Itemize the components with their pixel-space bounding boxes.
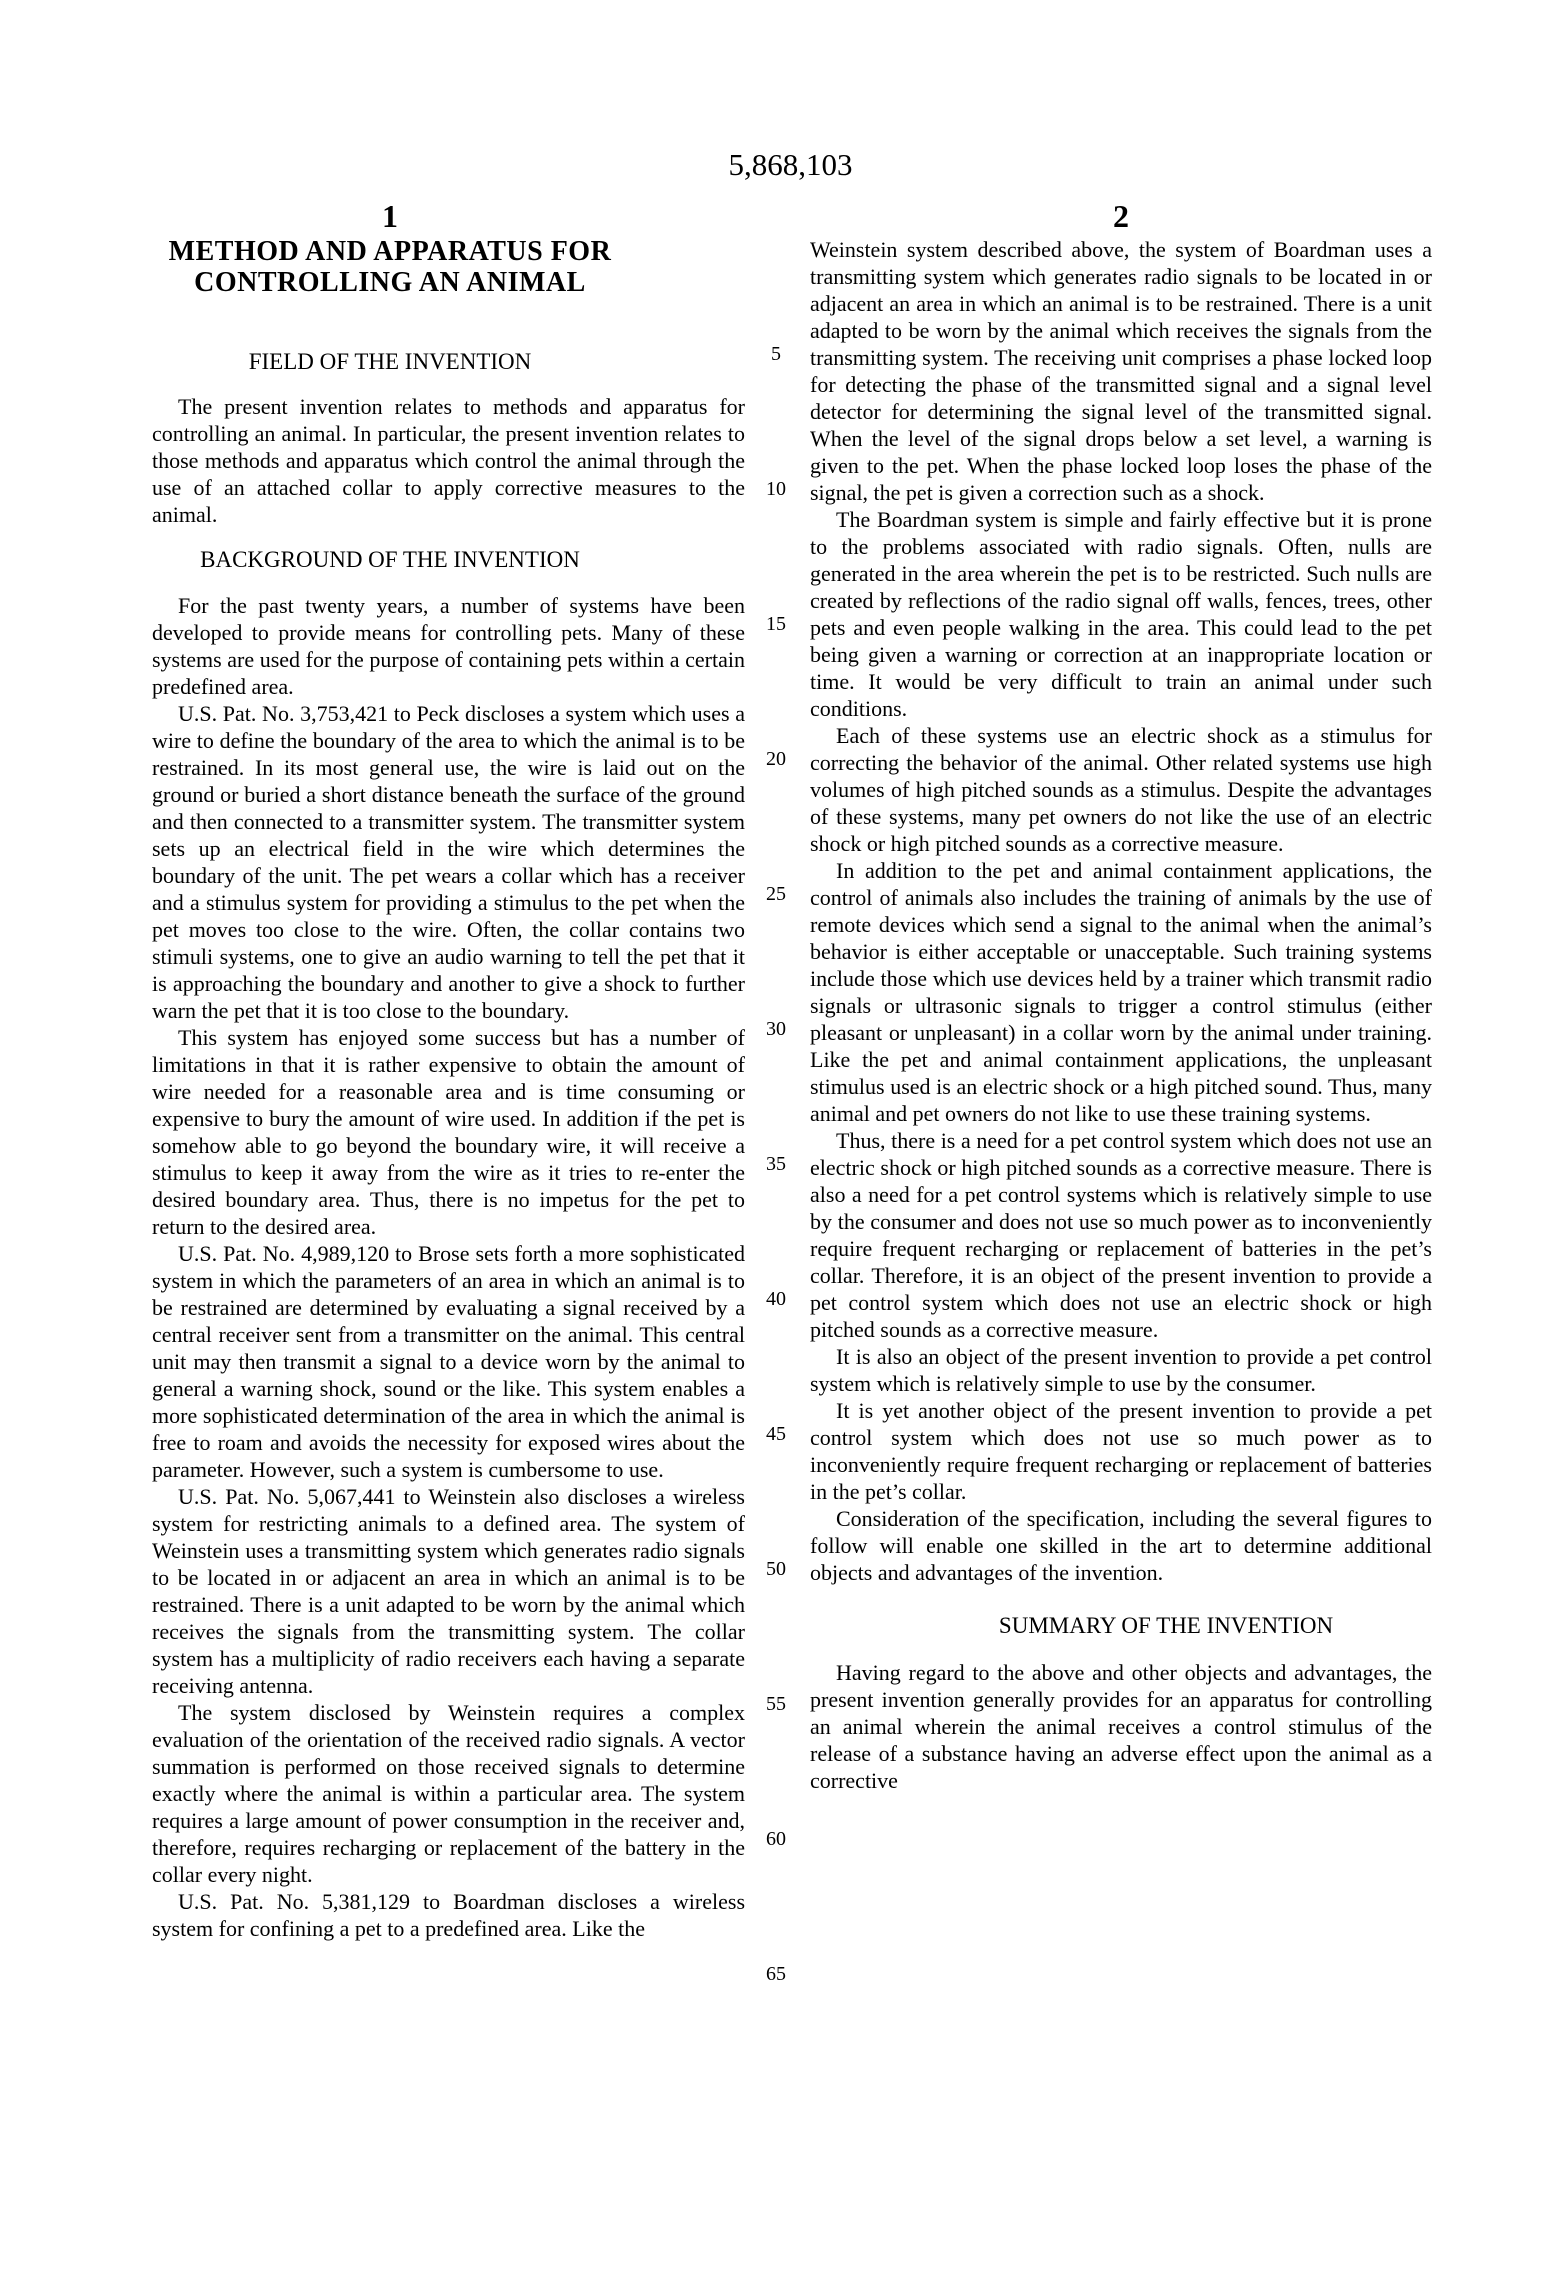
line-number: 50 [746, 1558, 806, 1580]
paragraph: Each of these systems use an electric sh… [810, 722, 1432, 857]
line-number: 40 [746, 1288, 806, 1310]
line-number: 65 [746, 1963, 806, 1985]
paragraph: It is yet another object of the present … [810, 1397, 1432, 1505]
paragraph: For the past twenty years, a number of s… [152, 592, 745, 700]
column-1-header: 1 METHOD AND APPARATUS FOR CONTROLLING A… [152, 196, 628, 375]
paragraph: This system has enjoyed some success but… [152, 1024, 745, 1240]
line-number: 25 [746, 883, 806, 905]
line-number: 45 [746, 1423, 806, 1445]
paragraph: The present invention relates to methods… [152, 393, 745, 528]
paragraph: Having regard to the above and other obj… [810, 1659, 1432, 1794]
paragraph: It is also an object of the present inve… [810, 1343, 1432, 1397]
line-number: 10 [746, 478, 806, 500]
line-number: 60 [746, 1828, 806, 1850]
line-number: 20 [746, 748, 806, 770]
column-1-subheader: BACKGROUND OF THE INVENTION [152, 546, 628, 573]
section-heading-summary: SUMMARY OF THE INVENTION [810, 1612, 1432, 1639]
line-number: 30 [746, 1018, 806, 1040]
paragraph: U.S. Pat. No. 5,381,129 to Boardman disc… [152, 1888, 745, 1942]
line-number: 15 [746, 613, 806, 635]
patent-page: 5,868,103 1 METHOD AND APPARATUS FOR CON… [0, 0, 1547, 2272]
column-number-2: 2 [810, 196, 1432, 236]
section-heading-field-of-invention: FIELD OF THE INVENTION [152, 348, 628, 375]
line-number-gutter: 5 10 15 20 25 30 35 40 45 50 55 60 65 [746, 0, 806, 2272]
paragraph: U.S. Pat. No. 3,753,421 to Peck disclose… [152, 700, 745, 1024]
paragraph: U.S. Pat. No. 4,989,120 to Brose sets fo… [152, 1240, 745, 1483]
column-2: 2 Weinstein system described above, the … [810, 196, 1432, 1794]
section-heading-background: BACKGROUND OF THE INVENTION [152, 546, 628, 573]
column-number-1: 1 [152, 196, 628, 236]
paragraph: U.S. Pat. No. 5,067,441 to Weinstein als… [152, 1483, 745, 1699]
paragraph: Thus, there is a need for a pet control … [810, 1127, 1432, 1343]
paragraph: The system disclosed by Weinstein requir… [152, 1699, 745, 1888]
patent-title: METHOD AND APPARATUS FOR CONTROLLING AN … [152, 236, 628, 298]
column-1: 1 METHOD AND APPARATUS FOR CONTROLLING A… [152, 196, 745, 1942]
paragraph: The Boardman system is simple and fairly… [810, 506, 1432, 722]
patent-title-line-1: METHOD AND APPARATUS FOR [152, 236, 628, 267]
paragraph: In addition to the pet and animal contai… [810, 857, 1432, 1127]
line-number: 35 [746, 1153, 806, 1175]
line-number: 55 [746, 1693, 806, 1715]
paragraph: Consideration of the specification, incl… [810, 1505, 1432, 1586]
patent-title-line-2: CONTROLLING AN ANIMAL [152, 267, 628, 298]
paragraph: Weinstein system described above, the sy… [810, 236, 1432, 506]
line-number: 5 [746, 343, 806, 365]
